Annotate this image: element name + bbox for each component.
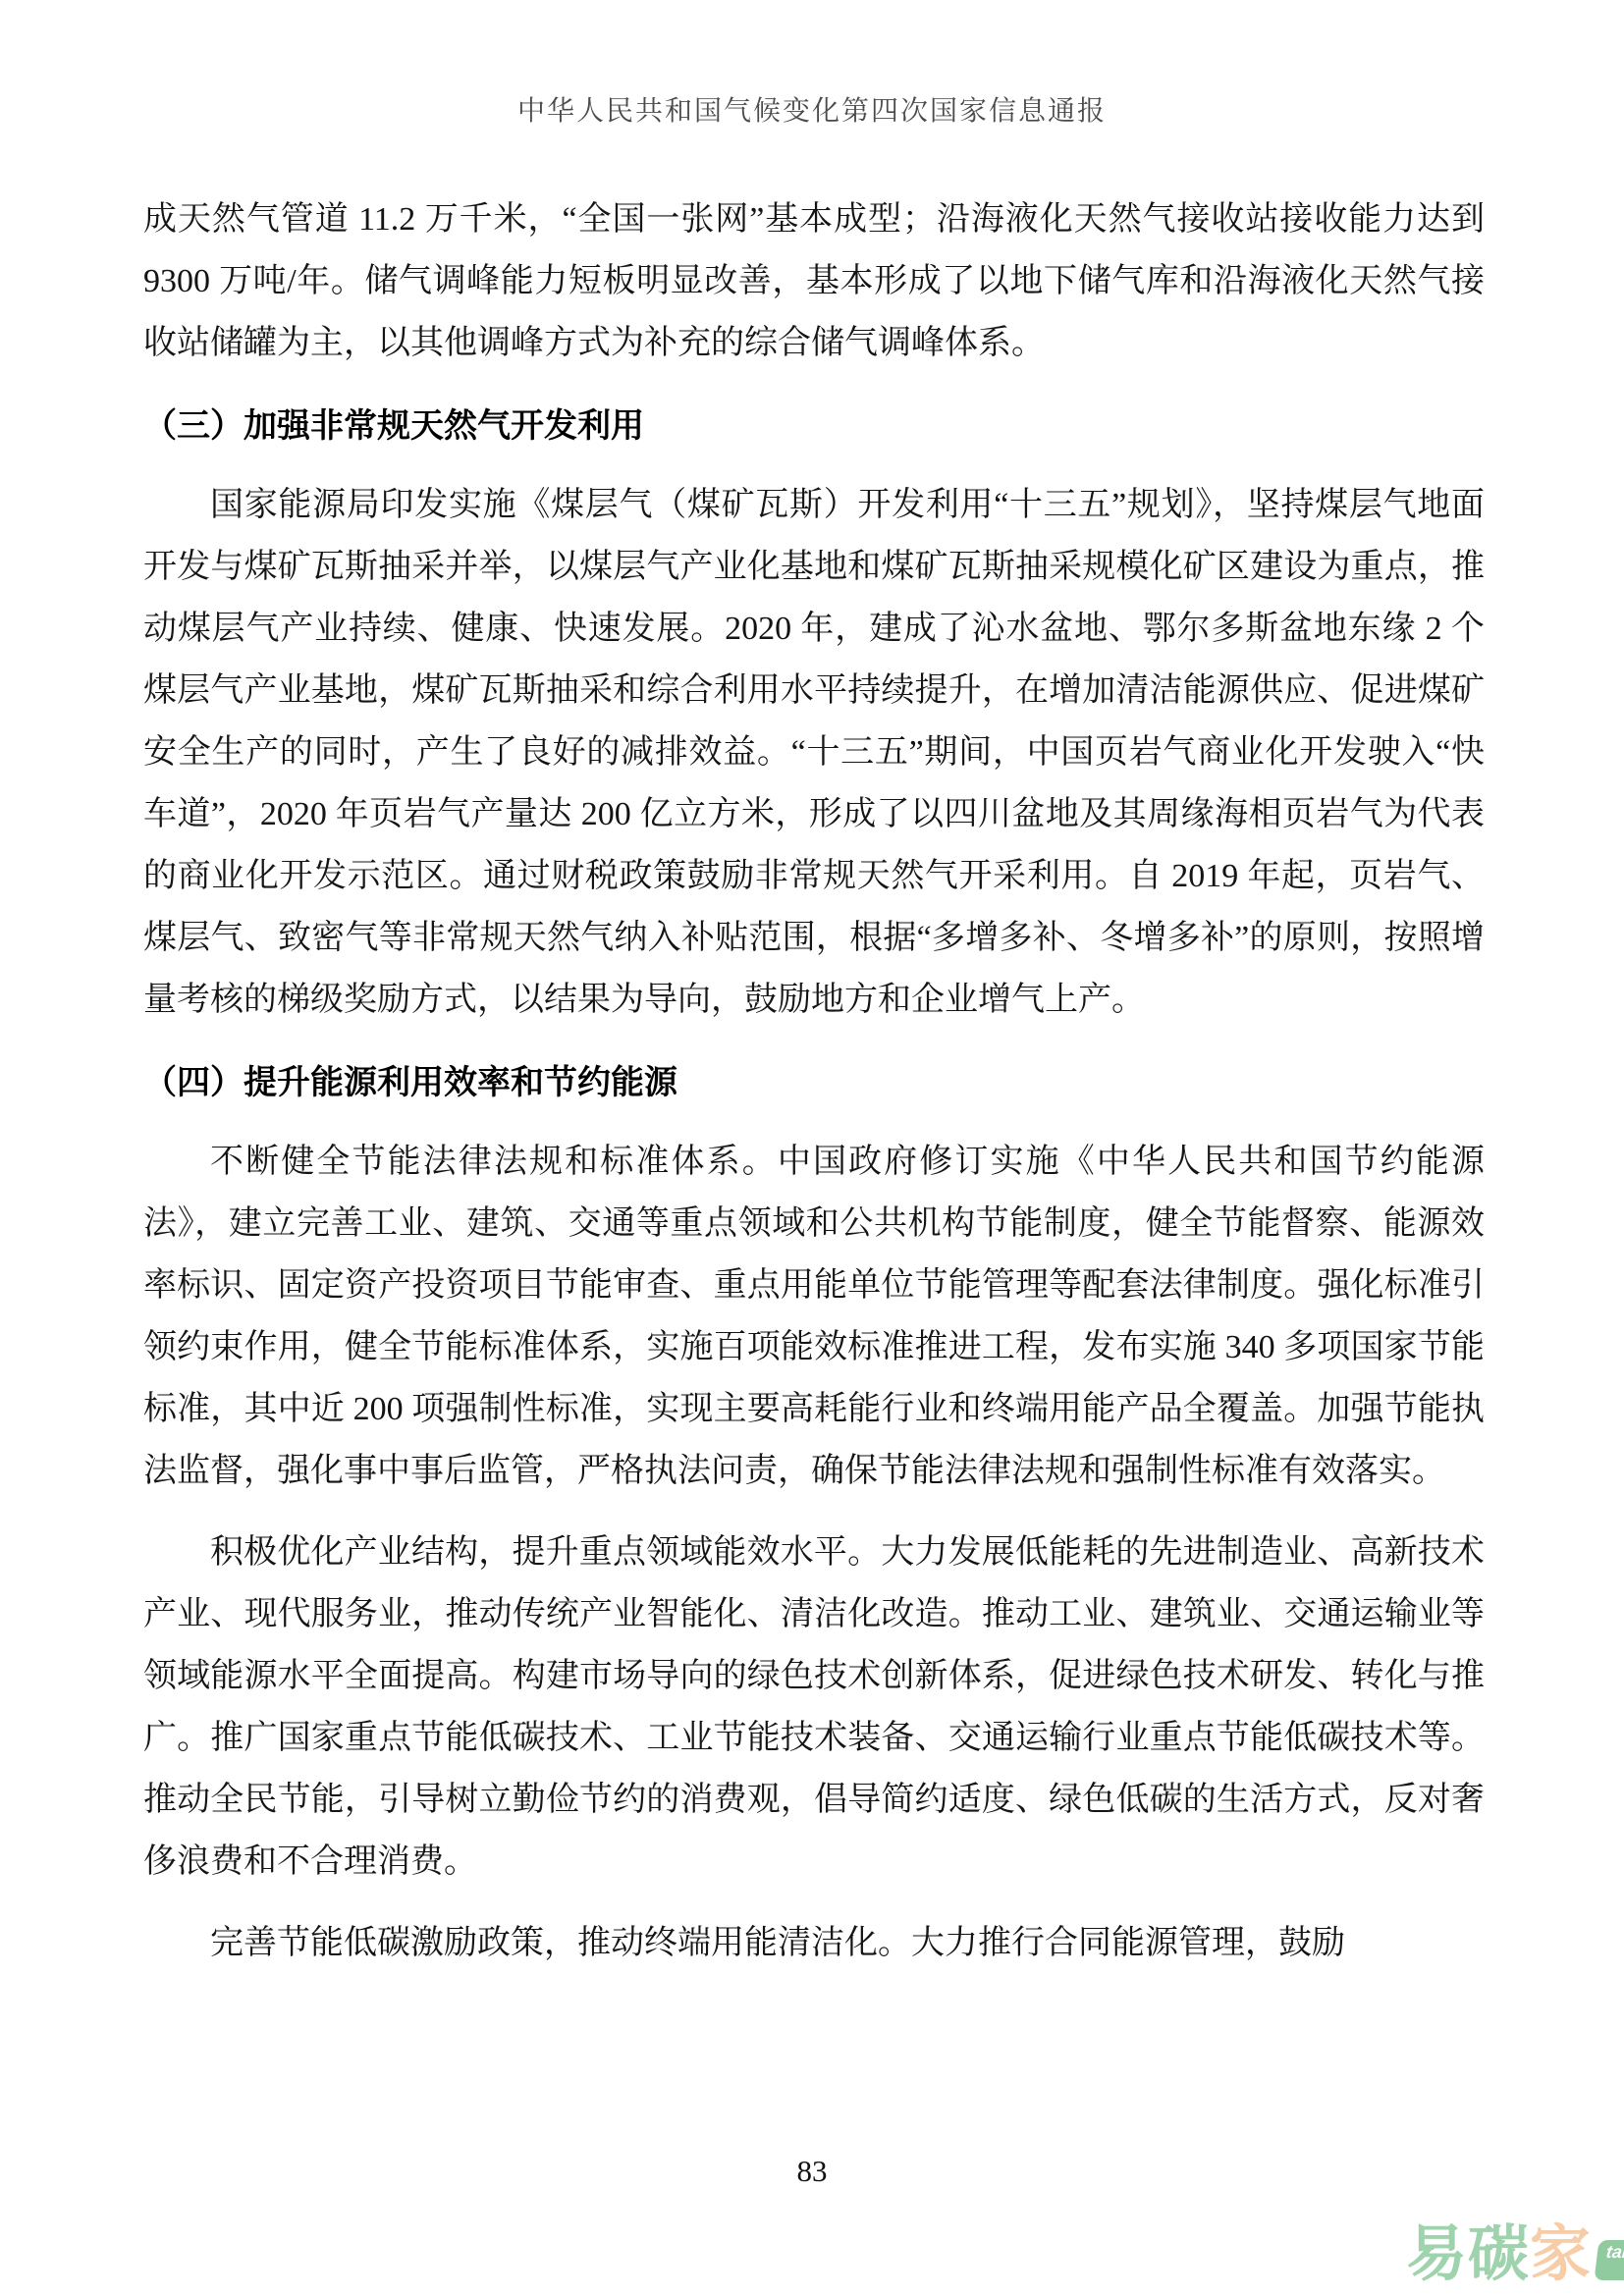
- para-incentive-policies: 完善节能低碳激励政策，推动终端用能清洁化。大力推行合同能源管理，鼓励: [143, 1912, 1485, 1974]
- watermark-text-green: 易碳: [1406, 2224, 1530, 2285]
- document-body: 成天然气管道 11.2 万千米，“全国一张网”基本成型；沿海液化天然气接收站接收…: [143, 188, 1485, 1994]
- para-industry-structure-optimization: 积极优化产业结构，提升重点领域能效水平。大力发展低能耗的先进制造业、高新技术产业…: [143, 1522, 1485, 1893]
- para-energy-conservation-laws: 不断健全节能法律法规和标准体系。中国政府修订实施《中华人民共和国节约能源法》，建…: [143, 1131, 1485, 1502]
- page-header-title: 中华人民共和国气候变化第四次国家信息通报: [0, 94, 1624, 130]
- heading-section-3-unconventional-gas: （三）加强非常规天然气开发利用: [143, 394, 1485, 458]
- watermark-logo: 易碳家 tanjiaoyi .com: [1406, 2224, 1624, 2285]
- watermark-domain-badge: tanjiaoyi .com: [1595, 2240, 1624, 2280]
- para-pipeline-continuation: 成天然气管道 11.2 万千米，“全国一张网”基本成型；沿海液化天然气接收站接收…: [143, 188, 1485, 374]
- document-page: 中华人民共和国气候变化第四次国家信息通报 成天然气管道 11.2 万千米，“全国…: [0, 0, 1624, 2296]
- heading-section-4-energy-efficiency: （四）提升能源利用效率和节约能源: [143, 1050, 1485, 1115]
- watermark-text-orange: 家: [1530, 2224, 1592, 2285]
- watermark-domain-tld: .com: [1603, 2262, 1624, 2277]
- watermark-domain-name: tanjiaoyi: [1605, 2243, 1624, 2262]
- para-unconventional-gas-development: 国家能源局印发实施《煤层气（煤矿瓦斯）开发利用“十三五”规划》，坚持煤层气地面开…: [143, 474, 1485, 1031]
- page-number: 83: [0, 2152, 1624, 2191]
